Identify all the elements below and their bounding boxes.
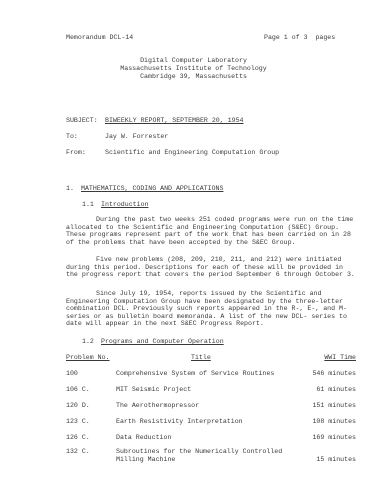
paragraph-3-text: Since July 19, 1954, reports issued by t… [66,290,347,327]
problem-title: Earth Resistivity Interpretation [116,418,243,426]
problem-number: 120 D. [66,402,90,410]
problem-time: 151 minutes [312,402,356,410]
paragraph-3: Since July 19, 1954, reports issued by t… [66,290,356,328]
letterhead-line-3: Cambridge 39, Massachusetts [0,73,387,81]
column-header-time: WWI Time [324,354,356,362]
memo-id: Memorandum DCL-14 [66,34,133,42]
page-info: Page 1 of 3 pages [264,34,335,42]
problem-number: 100 [66,370,78,378]
table-header: Problem No. Title WWI Time [66,354,356,364]
paragraph-2-text: Five new problems (208, 209, 210, 211, a… [66,256,355,278]
problem-time: 169 minutes [312,434,356,442]
letterhead-line-2: Massachusetts Institute of Technology [0,65,387,73]
problem-number: 132 C. [66,448,90,456]
from-value: Scientific and Engineering Computation G… [105,149,279,157]
problem-title: Subroutines for the Numerically Controll… [116,448,282,463]
table-row: 123 C. Earth Resistivity Interpretation … [66,418,356,428]
problem-time: 15 minutes [316,456,356,464]
problem-number: 106 C. [66,386,90,394]
section-title: MATHEMATICS, CODING AND APPLICATIONS [81,185,223,193]
table-row: 100 Comprehensive System of Service Rout… [66,370,356,380]
paragraph-2: Five new problems (208, 209, 210, 211, a… [66,256,356,279]
subsection-1-1-number: 1.1 [82,201,94,209]
from-label: From: [66,149,86,157]
to-label: To: [66,133,78,141]
problem-time: 61 minutes [316,386,356,394]
subsection-1-2-title: Programs and Computer Operation [101,338,224,346]
column-header-title: Title [191,354,211,362]
table-row: 106 C. MIT Seismic Project 61 minutes [66,386,356,396]
table-row: 126 C. Data Reduction 169 minutes [66,434,356,444]
subsection-1-1-title: Introduction [101,201,148,209]
table-row: 120 D. The Aerothermopressor 151 minutes [66,402,356,412]
subsection-1-2-number: 1.2 [82,338,94,346]
section-number: 1. [66,185,74,193]
subject-value: BIWEEKLY REPORT, SEPTEMBER 20, 1954 [105,117,244,125]
problem-title: MIT Seismic Project [116,386,191,394]
problem-title: Data Reduction [116,434,171,442]
problem-title: The Aerothermopressor [116,402,199,410]
column-header-problem: Problem No. [66,354,110,362]
problem-time: 108 minutes [312,418,356,426]
problem-title: Comprehensive System of Service Routines [116,370,274,378]
paragraph-1-text: During the past two weeks 251 coded prog… [66,216,353,246]
table-row: 132 C. Subroutines for the Numerically C… [66,448,356,468]
problem-number: 126 C. [66,434,90,442]
problem-number: 123 C. [66,418,90,426]
to-value: Jay W. Forrester [105,133,168,141]
problem-time: 546 minutes [312,370,356,378]
subject-label: SUBJECT: [66,117,98,125]
letterhead-line-1: Digital Computer Laboratory [0,57,387,65]
paragraph-1: During the past two weeks 251 coded prog… [66,216,356,246]
